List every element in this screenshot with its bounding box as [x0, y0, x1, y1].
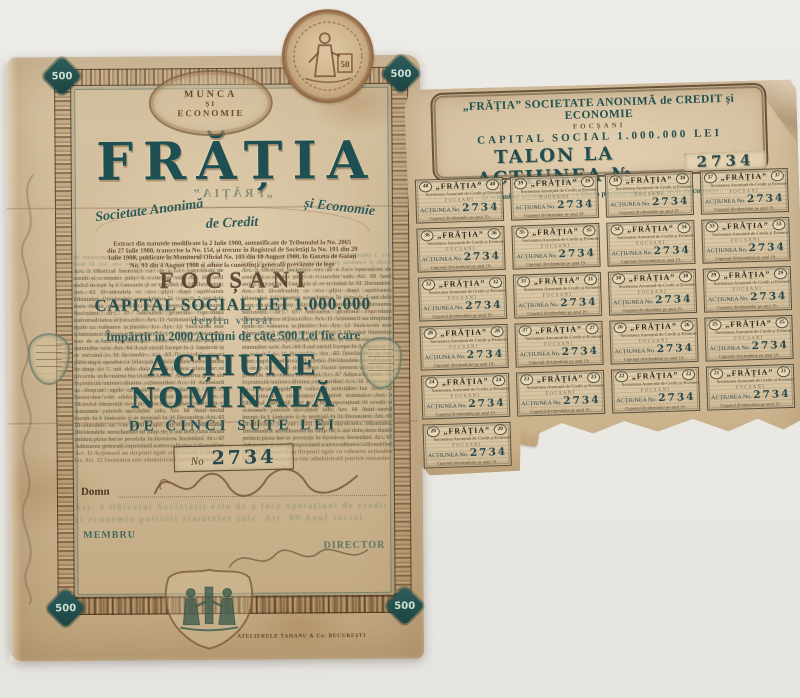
coupon-serial: 2734	[658, 391, 696, 404]
denomination-value: 500	[391, 68, 412, 79]
dividend-coupon: 26 „FRĂȚIA” 26 Societatea Anonimă de Cre…	[609, 318, 698, 365]
denomination-value: 500	[52, 70, 73, 81]
coupon-bottom-line: Cuponul dividendului pe anul 19..	[434, 411, 499, 418]
coupon-number-right: 24	[492, 375, 505, 386]
division-line: Împărțit în 2000 Acțiuni de câte 500 Lei…	[74, 328, 392, 345]
coupon-bottom-line: Cuponul dividendului pe anul 19..	[719, 402, 784, 409]
talon-sheet: „FRĂȚIA” SOCIETATE ANONIMĂ de CREDIT și …	[404, 78, 800, 476]
coupon-bottom-line: Cuponul dividendului pe anul 19..	[428, 215, 493, 222]
coupon-action-label: ACȚIUNEA No.	[708, 296, 749, 303]
coupon-brand: „FRĂȚIA”	[534, 276, 581, 286]
dividend-coupon: 32 „FRĂȚIA” 32 Societatea Anonimă de Cre…	[418, 275, 507, 322]
coupon-action-label: ACȚIUNEA No.	[610, 201, 651, 208]
motto-line-1: MUNCA	[184, 88, 237, 99]
dividend-coupon: 31 „FRĂȚIA” 31 Societatea Anonimă de Cre…	[513, 272, 602, 319]
coupon-brand: „FRĂȚIA”	[442, 376, 489, 386]
ribbon-center: de Credit	[206, 215, 259, 233]
coupon-brand: „FRĂȚIA”	[439, 279, 486, 289]
coupon-brand: „FRĂȚIA”	[629, 273, 676, 283]
coupon-number-right: 38	[676, 173, 689, 184]
coupon-serial: 2734	[467, 348, 505, 361]
motto-line-3: ECONOMIE	[177, 107, 244, 117]
registration-fine-print: Extract din statutele modificate la 2 Iu…	[73, 239, 391, 270]
coupon-bottom-line: Cuponul dividendului pe anul 19..	[429, 264, 494, 271]
certificate-content: FRĂȚIA „FRĂȚIA” Societate Anonimă de Cre…	[72, 81, 394, 599]
coupon-action-label: ACȚIUNEA No.	[420, 207, 461, 214]
company-title: FRĂȚIA	[72, 133, 390, 191]
coupon-number-left: 38	[609, 175, 622, 186]
dividend-coupon: 35 „FRĂȚIA” 35 Societatea Anonimă de Cre…	[511, 223, 600, 270]
coupon-brand: „FRĂȚIA”	[531, 178, 578, 188]
dividend-coupon: 22 „FRĂȚIA” 22 Societatea Anonimă de Cre…	[611, 367, 700, 414]
coupon-brand: „FRĂȚIA”	[630, 322, 677, 332]
coupon-serial: 2734	[652, 195, 690, 208]
coupon-serial: 2734	[753, 388, 791, 401]
coupon-brand: „FRĂȚIA”	[725, 319, 772, 329]
coupon-bottom-line: Cuponul dividendului pe anul 19..	[432, 362, 497, 369]
coupon-action-label: ACȚIUNEA No.	[705, 198, 746, 205]
coupon-action-label: ACȚIUNEA No.	[613, 299, 654, 306]
coupon-number-right: 26	[680, 320, 693, 331]
fiscal-stamp: 50	[282, 9, 375, 104]
dividend-coupon: 37 „FRĂȚIA” 37 Societatea Anonimă de Cre…	[700, 168, 789, 215]
coupon-number-right: 36	[487, 228, 500, 239]
margin-handwriting-icon	[7, 167, 52, 607]
coupon-number-left: 34	[610, 224, 623, 235]
coupon-brand: „FRĂȚIA”	[625, 175, 672, 185]
coupon-action-label: ACȚIUNEA No.	[423, 305, 464, 312]
coupon-action-label: ACȚIUNEA No.	[515, 204, 556, 211]
coupon-number-right: 22	[682, 369, 695, 380]
coupon-bottom-line: Cuponul dividendului pe anul 19..	[523, 212, 588, 219]
coupon-brand: „FRĂȚIA”	[443, 425, 490, 435]
coupon-serial: 2734	[560, 296, 598, 309]
coupon-brand: „FRĂȚIA”	[437, 230, 484, 240]
dividend-coupon: 25 „FRĂȚIA” 25 Societatea Anonimă de Cre…	[704, 315, 793, 362]
officer-row: MEMBRU DIRECTOR	[75, 528, 393, 553]
coupon-number-left: 33	[705, 221, 718, 232]
coupon-number-right: 30	[679, 271, 692, 282]
coupon-brand: „FRĂȚIA”	[724, 270, 771, 280]
holder-row: Domn	[75, 478, 393, 498]
holder-signature-icon	[147, 458, 367, 506]
dividend-coupon: 36 „FRĂȚIA” 36 Societatea Anonimă de Cre…	[416, 226, 505, 273]
dividend-coupon: 20 „FRĂȚIA” 20 Societatea Anonimă de Cre…	[423, 422, 512, 469]
coupon-action-label: ACȚIUNEA No.	[616, 397, 657, 404]
coupon-action-label: ACȚIUNEA No.	[517, 253, 558, 260]
coupon-brand: „FRĂȚIA”	[727, 368, 774, 378]
paid-line: deplin vărsat	[74, 314, 392, 328]
dividend-coupon: 27 „FRĂȚIA” 27 Societatea Anonimă de Cre…	[514, 321, 603, 368]
coupon-number-left: 39	[514, 178, 527, 189]
coupon-brand: „FRĂȚIA”	[535, 325, 582, 335]
coupon-action-label: ACȚIUNEA No.	[710, 345, 751, 352]
coupon-number-left: 40	[419, 181, 432, 192]
coupon-bottom-line: Cuponul dividendului pe anul 19..	[618, 209, 683, 216]
dividend-coupon: 29 „FRĂȚIA” 29 Societatea Anonimă de Cre…	[703, 266, 792, 313]
coupon-bottom-line: Cuponul dividendului pe anul 19..	[524, 261, 589, 268]
coupon-bottom-line: Cuponul dividendului pe anul 19..	[717, 353, 782, 360]
dividend-coupon: 28 „FRĂȚIA” 28 Societatea Anonimă de Cre…	[419, 324, 508, 371]
coupon-number-left: 35	[515, 227, 528, 238]
stamp-value: 50	[340, 59, 350, 69]
coupon-bottom-line: Cuponul dividendului pe anul 19..	[621, 307, 686, 314]
coupon-number-right: 23	[587, 372, 600, 383]
coupon-brand: „FRĂȚIA”	[720, 172, 767, 182]
coupon-number-right: 25	[775, 317, 788, 328]
coupon-bottom-line: Cuponul dividendului pe anul 19..	[714, 255, 779, 262]
city-name: FOCȘANI	[73, 268, 391, 294]
coupon-bottom-line: Cuponul dividendului pe anul 19..	[716, 304, 781, 311]
coupon-number-left: 26	[613, 322, 626, 333]
ribbon-left: Societate Anonimă	[95, 197, 205, 227]
subtitle-ribbon: Societate Anonimă de Credit și Economie	[73, 200, 391, 238]
coupon-brand: „FRĂȚIA”	[436, 181, 483, 191]
denomination-value: 500	[394, 600, 415, 611]
coupon-serial: 2734	[559, 247, 597, 260]
coupon-number-right: 39	[581, 176, 594, 187]
coupon-number-left: 24	[425, 377, 438, 388]
coupon-serial: 2734	[468, 397, 506, 410]
coupon-number-right: 31	[584, 274, 597, 285]
coupon-action-label: ACȚIUNEA No.	[711, 394, 752, 401]
coupon-number-left: 22	[615, 371, 628, 382]
coupon-number-right: 32	[489, 277, 502, 288]
coupon-grid: 40 „FRĂȚIA” 40 Societatea Anonimă de Cre…	[415, 168, 797, 469]
coupon-number-right: 21	[777, 366, 790, 377]
coupon-bottom-line: Cuponul dividendului pe anul 19..	[622, 356, 687, 363]
coupon-action-label: ACȚIUNEA No.	[521, 400, 562, 407]
holder-label: Domn	[81, 486, 110, 498]
coupon-number-right: 33	[772, 219, 785, 230]
coupon-bottom-line: Cuponul dividendului pe anul 19..	[435, 460, 500, 467]
denomination-value: 500	[55, 602, 76, 613]
coupon-number-left: 20	[427, 426, 440, 437]
coupon-number-right: 40	[486, 179, 499, 190]
coupon-brand: „FRĂȚIA”	[440, 328, 487, 338]
coupon-number-left: 23	[520, 374, 533, 385]
coupon-serial: 2734	[747, 192, 785, 205]
coupon-serial: 2734	[470, 446, 508, 459]
coupon-number-left: 37	[704, 172, 717, 183]
coupon-number-left: 30	[612, 273, 625, 284]
member-label: MEMBRU	[83, 529, 136, 552]
coupon-number-right: 34	[677, 222, 690, 233]
coupon-serial: 2734	[655, 293, 693, 306]
coupon-brand: „FRĂȚIA”	[537, 374, 584, 384]
dividend-coupon: 33 „FRĂȚIA” 33 Societatea Anonimă de Cre…	[701, 217, 790, 264]
motto-line-2: ȘI	[205, 99, 216, 107]
dividend-coupon: 39 „FRĂȚIA” 39 Societatea Anonimă de Cre…	[510, 174, 599, 221]
amount-in-words: DE CINCI SUTE LEI	[74, 417, 392, 436]
photo-background: 500 500 500 500 MUNCA ȘI ECONOMIE 50 Art…	[0, 0, 800, 698]
coupon-serial: 2734	[465, 299, 503, 312]
coupon-brand: „FRĂȚIA”	[722, 221, 769, 231]
overprint-ghost-text: Art. 3 Obiectul Societății este de a fac…	[75, 500, 393, 528]
coupon-action-label: ACȚIUNEA No.	[615, 348, 656, 355]
coupon-brand: „FRĂȚIA”	[632, 371, 679, 381]
coupon-serial: 2734	[557, 198, 595, 211]
coupon-serial: 2734	[562, 345, 600, 358]
coupon-number-left: 28	[424, 328, 437, 339]
dividend-coupon: 23 „FRĂȚIA” 23 Societatea Anonimă de Cre…	[516, 370, 605, 417]
coupon-serial: 2734	[748, 241, 786, 254]
coupon-bottom-line: Cuponul dividendului pe anul 19..	[529, 408, 594, 415]
coupon-action-label: ACȚIUNEA No.	[518, 302, 559, 309]
coupon-serial: 2734	[563, 394, 601, 407]
coupon-bottom-line: Cuponul dividendului pe anul 19..	[527, 359, 592, 366]
coupon-action-label: ACȚIUNEA No.	[428, 452, 469, 459]
coupon-action-label: ACȚIUNEA No.	[422, 256, 463, 263]
printer-credit: ATELIERELE TAHANU & Co. BUCUREȘTI	[237, 633, 366, 640]
coupon-brand: „FRĂȚIA”	[532, 227, 579, 237]
dividend-coupon: 34 „FRĂȚIA” 34 Societatea Anonimă de Cre…	[606, 220, 695, 267]
coupon-action-label: ACȚIUNEA No.	[426, 403, 467, 410]
coupon-number-left: 32	[422, 279, 435, 290]
coupon-bottom-line: Cuponul dividendului pe anul 19..	[431, 313, 496, 320]
talon-header-box: „FRĂȚIA” SOCIETATE ANONIMĂ de CREDIT și …	[430, 83, 769, 183]
coupon-number-left: 21	[710, 368, 723, 379]
coupon-number-right: 29	[774, 268, 787, 279]
coupon-action-label: ACȚIUNEA No.	[520, 351, 561, 358]
coupon-number-right: 20	[494, 424, 507, 435]
capital-line: CAPITAL SOCIAL LEI 1.000.000	[74, 294, 392, 315]
coupon-serial: 2734	[657, 342, 695, 355]
coupon-serial: 2734	[464, 250, 502, 263]
coupon-bottom-line: Cuponul dividendului pe anul 19..	[713, 206, 778, 213]
dividend-coupon: 21 „FRĂȚIA” 21 Societatea Anonimă de Cre…	[706, 364, 795, 411]
coupon-number-right: 27	[585, 323, 598, 334]
coupon-bottom-line: Cuponul dividendului pe anul 19..	[624, 405, 689, 412]
coupon-bottom-line: Cuponul dividendului pe anul 19..	[526, 310, 591, 317]
dividend-coupon: 40 „FRĂȚIA” 40 Societatea Anonimă de Cre…	[415, 177, 504, 224]
share-certificate: 500 500 500 500 MUNCA ȘI ECONOMIE 50 Art…	[6, 55, 424, 662]
coupon-action-label: ACȚIUNEA No.	[706, 247, 747, 254]
coupon-number-right: 37	[771, 170, 784, 181]
coupon-serial: 2734	[653, 244, 691, 257]
coupon-number-left: 29	[707, 270, 720, 281]
coupon-brand: „FRĂȚIA”	[627, 224, 674, 234]
coupon-serial: 2734	[462, 201, 500, 214]
share-type-title: ACȚIUNE NOMINALĂ	[74, 349, 392, 415]
coupon-number-left: 36	[420, 230, 433, 241]
coupon-action-label: ACȚIUNEA No.	[611, 250, 652, 257]
dividend-coupon: 38 „FRĂȚIA” 38 Societatea Anonimă de Cre…	[605, 171, 694, 218]
dividend-coupon: 24 „FRĂȚIA” 24 Societatea Anonimă de Cre…	[421, 373, 510, 420]
coupon-action-label: ACȚIUNEA No.	[425, 354, 466, 361]
coupon-number-left: 31	[517, 276, 530, 287]
coupon-bottom-line: Cuponul dividendului pe anul 19..	[619, 258, 684, 265]
coupon-number-left: 27	[518, 325, 531, 336]
coupon-number-left: 25	[708, 319, 721, 330]
ribbon-right: și Economie	[303, 196, 376, 220]
fiscal-stamp-figure-icon: 50	[285, 12, 372, 101]
coupon-number-right: 35	[582, 225, 595, 236]
coupon-number-right: 28	[490, 326, 503, 337]
coupon-serial: 2734	[750, 290, 788, 303]
dividend-coupon: 30 „FRĂȚIA” 30 Societatea Anonimă de Cre…	[608, 269, 697, 316]
coupon-serial: 2734	[751, 339, 789, 352]
